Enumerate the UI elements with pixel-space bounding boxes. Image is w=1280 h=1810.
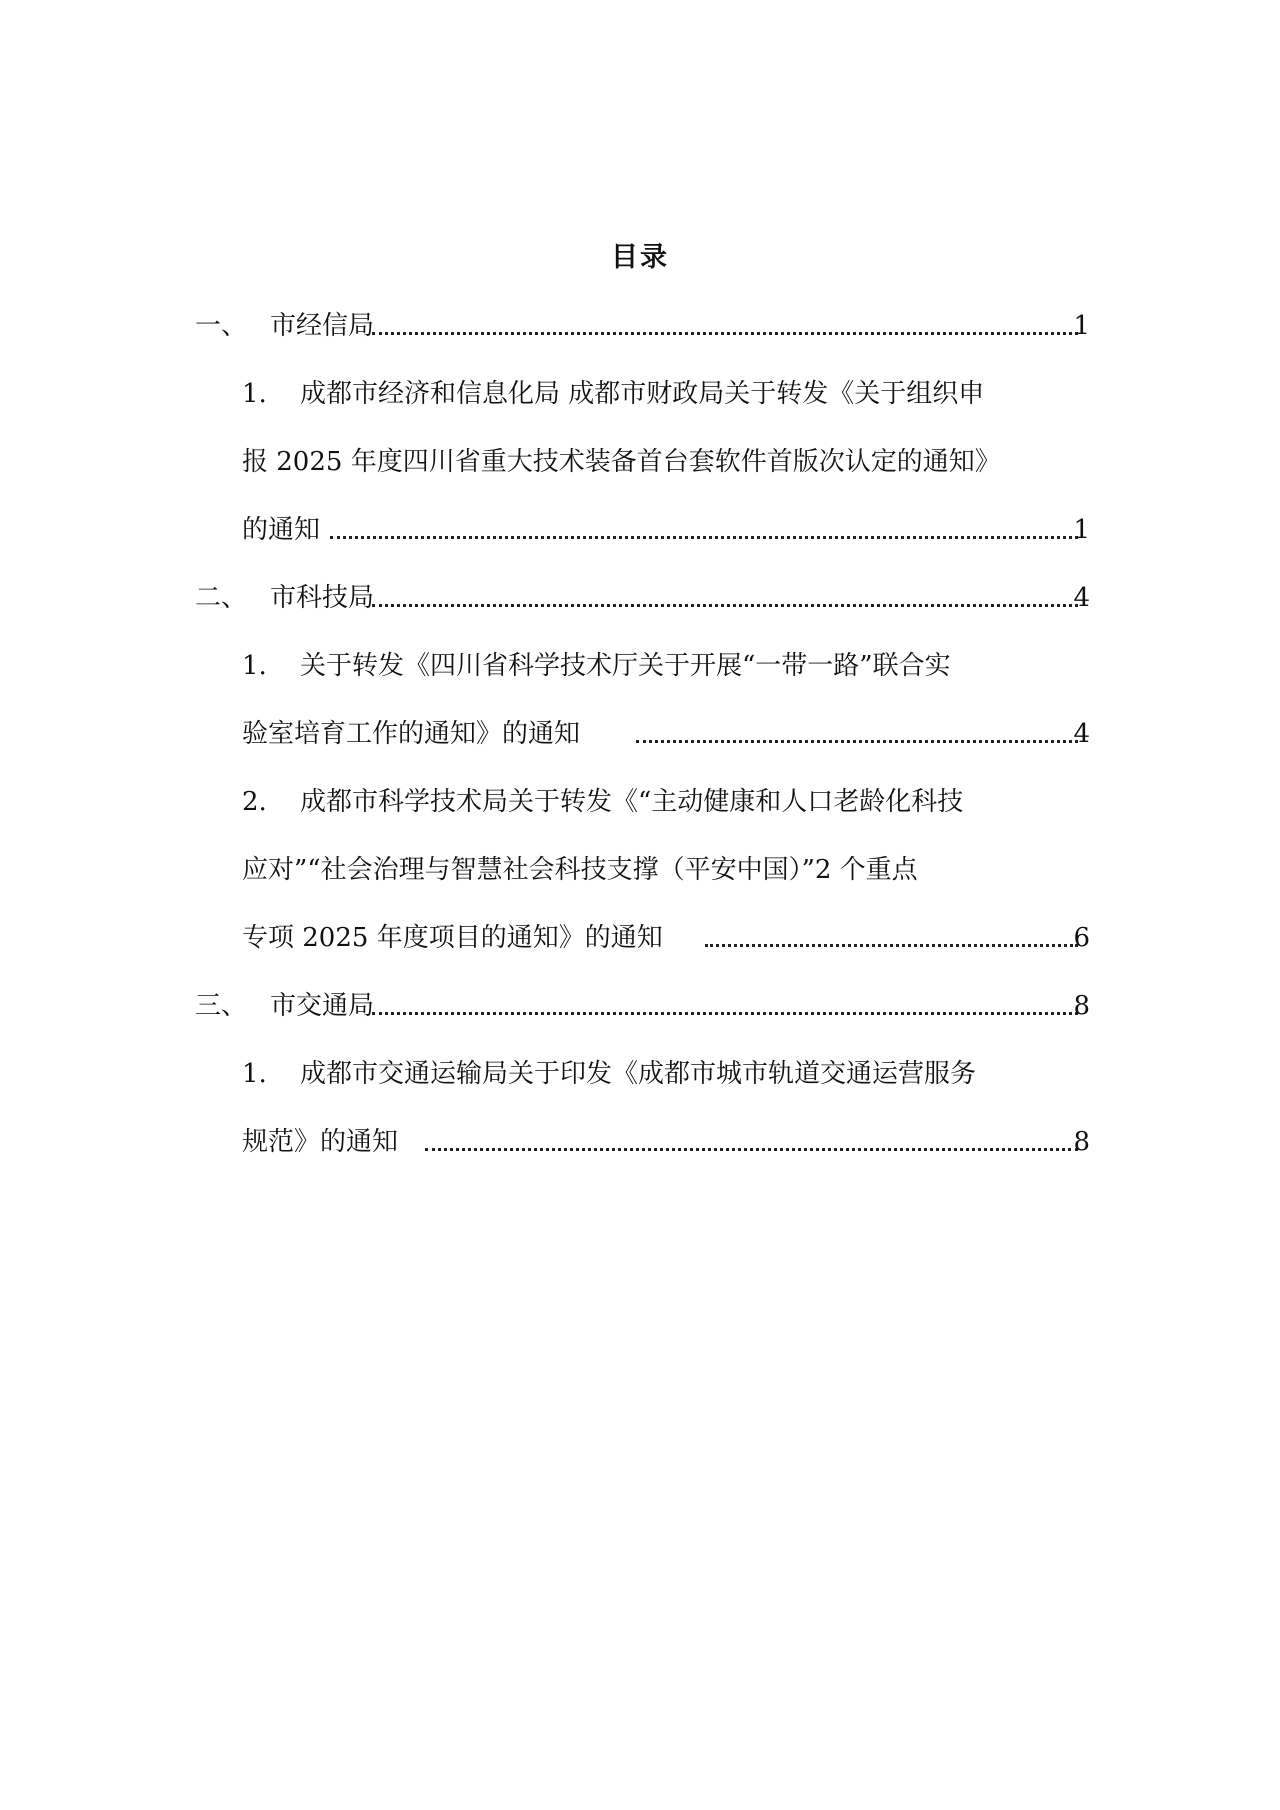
toc-entry-line: 1. 成都市交通运输局关于印发《成都市城市轨道交通运营服务 xyxy=(0,1040,1280,1108)
toc-entry-label: 成都市经济和信息化局 成都市财政局关于转发《关于组织申 xyxy=(300,360,984,428)
toc-page-number: 8 xyxy=(1072,1108,1090,1176)
toc-entry-label: 的通知 xyxy=(242,496,320,564)
toc-entry-line: 报 2025 年度四川省重大技术装备首台套软件首版次认定的通知》 xyxy=(0,428,1280,496)
toc-entry-line: 专项 2025 年度项目的通知》的通知 6 xyxy=(0,904,1280,972)
toc-page-number: 4 xyxy=(1072,564,1090,632)
dot-leader xyxy=(425,1108,1090,1176)
toc-entry-label: 市科技局 xyxy=(270,564,374,632)
dot-leader xyxy=(636,700,1090,768)
toc-entry-line: 应对”“社会治理与智慧社会科技支撑（平安中国）”2 个重点 xyxy=(0,836,1280,904)
toc-entry-line: 验室培育工作的通知》的通知 4 xyxy=(0,700,1280,768)
toc-entry-number: 二、 xyxy=(195,564,247,632)
dot-leader xyxy=(372,564,1090,632)
toc-entry-section[interactable]: 二、 市科技局 4 xyxy=(0,564,1280,632)
dot-leader xyxy=(372,972,1090,1040)
toc-entry-item[interactable]: 1. 成都市交通运输局关于印发《成都市城市轨道交通运营服务 规范》的通知 8 xyxy=(0,1040,1280,1176)
toc-entry-line: 1. 成都市经济和信息化局 成都市财政局关于转发《关于组织申 xyxy=(0,360,1280,428)
toc-page-number: 6 xyxy=(1072,904,1090,972)
toc-entry-label: 报 2025 年度四川省重大技术装备首台套软件首版次认定的通知》 xyxy=(242,428,1001,496)
toc-entry-line: 的通知 1 xyxy=(0,496,1280,564)
toc-entry-label: 验室培育工作的通知》的通知 xyxy=(242,700,580,768)
toc-entry-section[interactable]: 一、 市经信局 1 xyxy=(0,292,1280,360)
toc-entry-item[interactable]: 1. 成都市经济和信息化局 成都市财政局关于转发《关于组织申 报 2025 年度… xyxy=(0,360,1280,564)
toc-entry-line: 1. 关于转发《四川省科学技术厅关于开展“一带一路”联合实 xyxy=(0,632,1280,700)
toc-entry-section[interactable]: 三、 市交通局 8 xyxy=(0,972,1280,1040)
table-of-contents: 一、 市经信局 1 1. 成都市经济和信息化局 成都市财政局关于转发《关于组织申… xyxy=(0,292,1280,1176)
toc-entry-line: 规范》的通知 8 xyxy=(0,1108,1280,1176)
toc-entry-label: 成都市交通运输局关于印发《成都市城市轨道交通运营服务 xyxy=(300,1040,976,1108)
toc-page-number: 1 xyxy=(1072,292,1090,360)
toc-page-number: 4 xyxy=(1072,700,1090,768)
dot-leader xyxy=(705,904,1090,972)
document-page: 目录 一、 市经信局 1 1. 成都市经济和信息化局 成都市财政局关于转发《关于… xyxy=(0,0,1280,1810)
toc-entry-line: 2. 成都市科学技术局关于转发《“主动健康和人口老龄化科技 xyxy=(0,768,1280,836)
toc-entry-label: 成都市科学技术局关于转发《“主动健康和人口老龄化科技 xyxy=(300,768,963,836)
toc-entry-number: 三、 xyxy=(195,972,247,1040)
toc-page-number: 1 xyxy=(1072,496,1090,564)
toc-entry-number: 1. xyxy=(242,1040,267,1108)
toc-entry-number: 1. xyxy=(242,632,267,700)
toc-entry-label: 市交通局 xyxy=(270,972,374,1040)
toc-entry-item[interactable]: 1. 关于转发《四川省科学技术厅关于开展“一带一路”联合实 验室培育工作的通知》… xyxy=(0,632,1280,768)
toc-entry-number: 2. xyxy=(242,768,267,836)
toc-page-number: 8 xyxy=(1072,972,1090,1040)
dot-leader xyxy=(330,496,1090,564)
toc-entry-label: 关于转发《四川省科学技术厅关于开展“一带一路”联合实 xyxy=(300,632,951,700)
toc-entry-number: 一、 xyxy=(195,292,247,360)
toc-title: 目录 xyxy=(0,224,1280,292)
toc-entry-label: 市经信局 xyxy=(270,292,374,360)
toc-entry-label: 应对”“社会治理与智慧社会科技支撑（平安中国）”2 个重点 xyxy=(242,836,918,904)
toc-entry-number: 1. xyxy=(242,360,267,428)
toc-entry-label: 规范》的通知 xyxy=(242,1108,398,1176)
dot-leader xyxy=(372,292,1090,360)
toc-entry-label: 专项 2025 年度项目的通知》的通知 xyxy=(242,904,663,972)
toc-entry-item[interactable]: 2. 成都市科学技术局关于转发《“主动健康和人口老龄化科技 应对”“社会治理与智… xyxy=(0,768,1280,972)
